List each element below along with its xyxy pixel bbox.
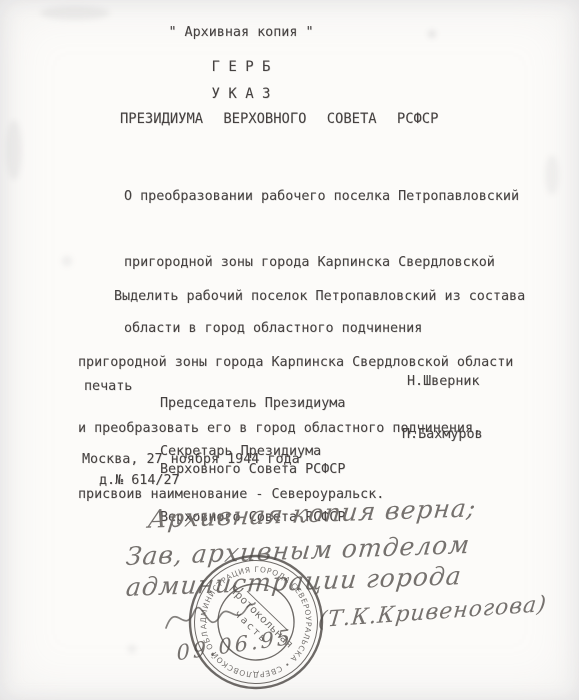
scanned-decree-page: " Архивная копия " Г Е Р Б У К А З ПРЕЗИ… bbox=[0, 0, 579, 700]
case-number: д.№ 614/27 bbox=[99, 470, 180, 492]
scan-smudge bbox=[128, 645, 136, 653]
seal-note: печать bbox=[84, 376, 132, 398]
scan-smudge bbox=[545, 155, 559, 195]
scan-smudge bbox=[40, 6, 110, 20]
secretary-name: П.Бахмуров bbox=[402, 424, 483, 446]
body-line: Выделить рабочий поселок Петропавловский… bbox=[78, 286, 525, 308]
handwritten-signature: (Т.К.Кривеногова) bbox=[317, 592, 548, 633]
decree-heading: У К А З bbox=[0, 83, 482, 105]
stamp-inner-ring bbox=[213, 579, 299, 665]
round-stamp: АДМИНИСТРАЦИЯ ГОРОДА СЕВЕРОУРАЛЬСКА • СВ… bbox=[175, 541, 338, 700]
chairman-name: Н.Шверник bbox=[407, 371, 480, 393]
issuer-line: ПРЕЗИДИУМА ВЕРХОВНОГО СОВЕТА РСФСР bbox=[120, 108, 438, 130]
scan-smudge bbox=[62, 256, 72, 266]
archive-copy-label: " Архивная копия " bbox=[0, 22, 482, 44]
scan-smudge bbox=[6, 120, 22, 180]
subject-line: О преобразовании рабочего поселка Петроп… bbox=[124, 186, 519, 208]
place-date-line: Москва, 27 ноября 1944 года bbox=[82, 449, 300, 471]
coat-of-arms-heading: Г Е Р Б bbox=[0, 56, 482, 78]
